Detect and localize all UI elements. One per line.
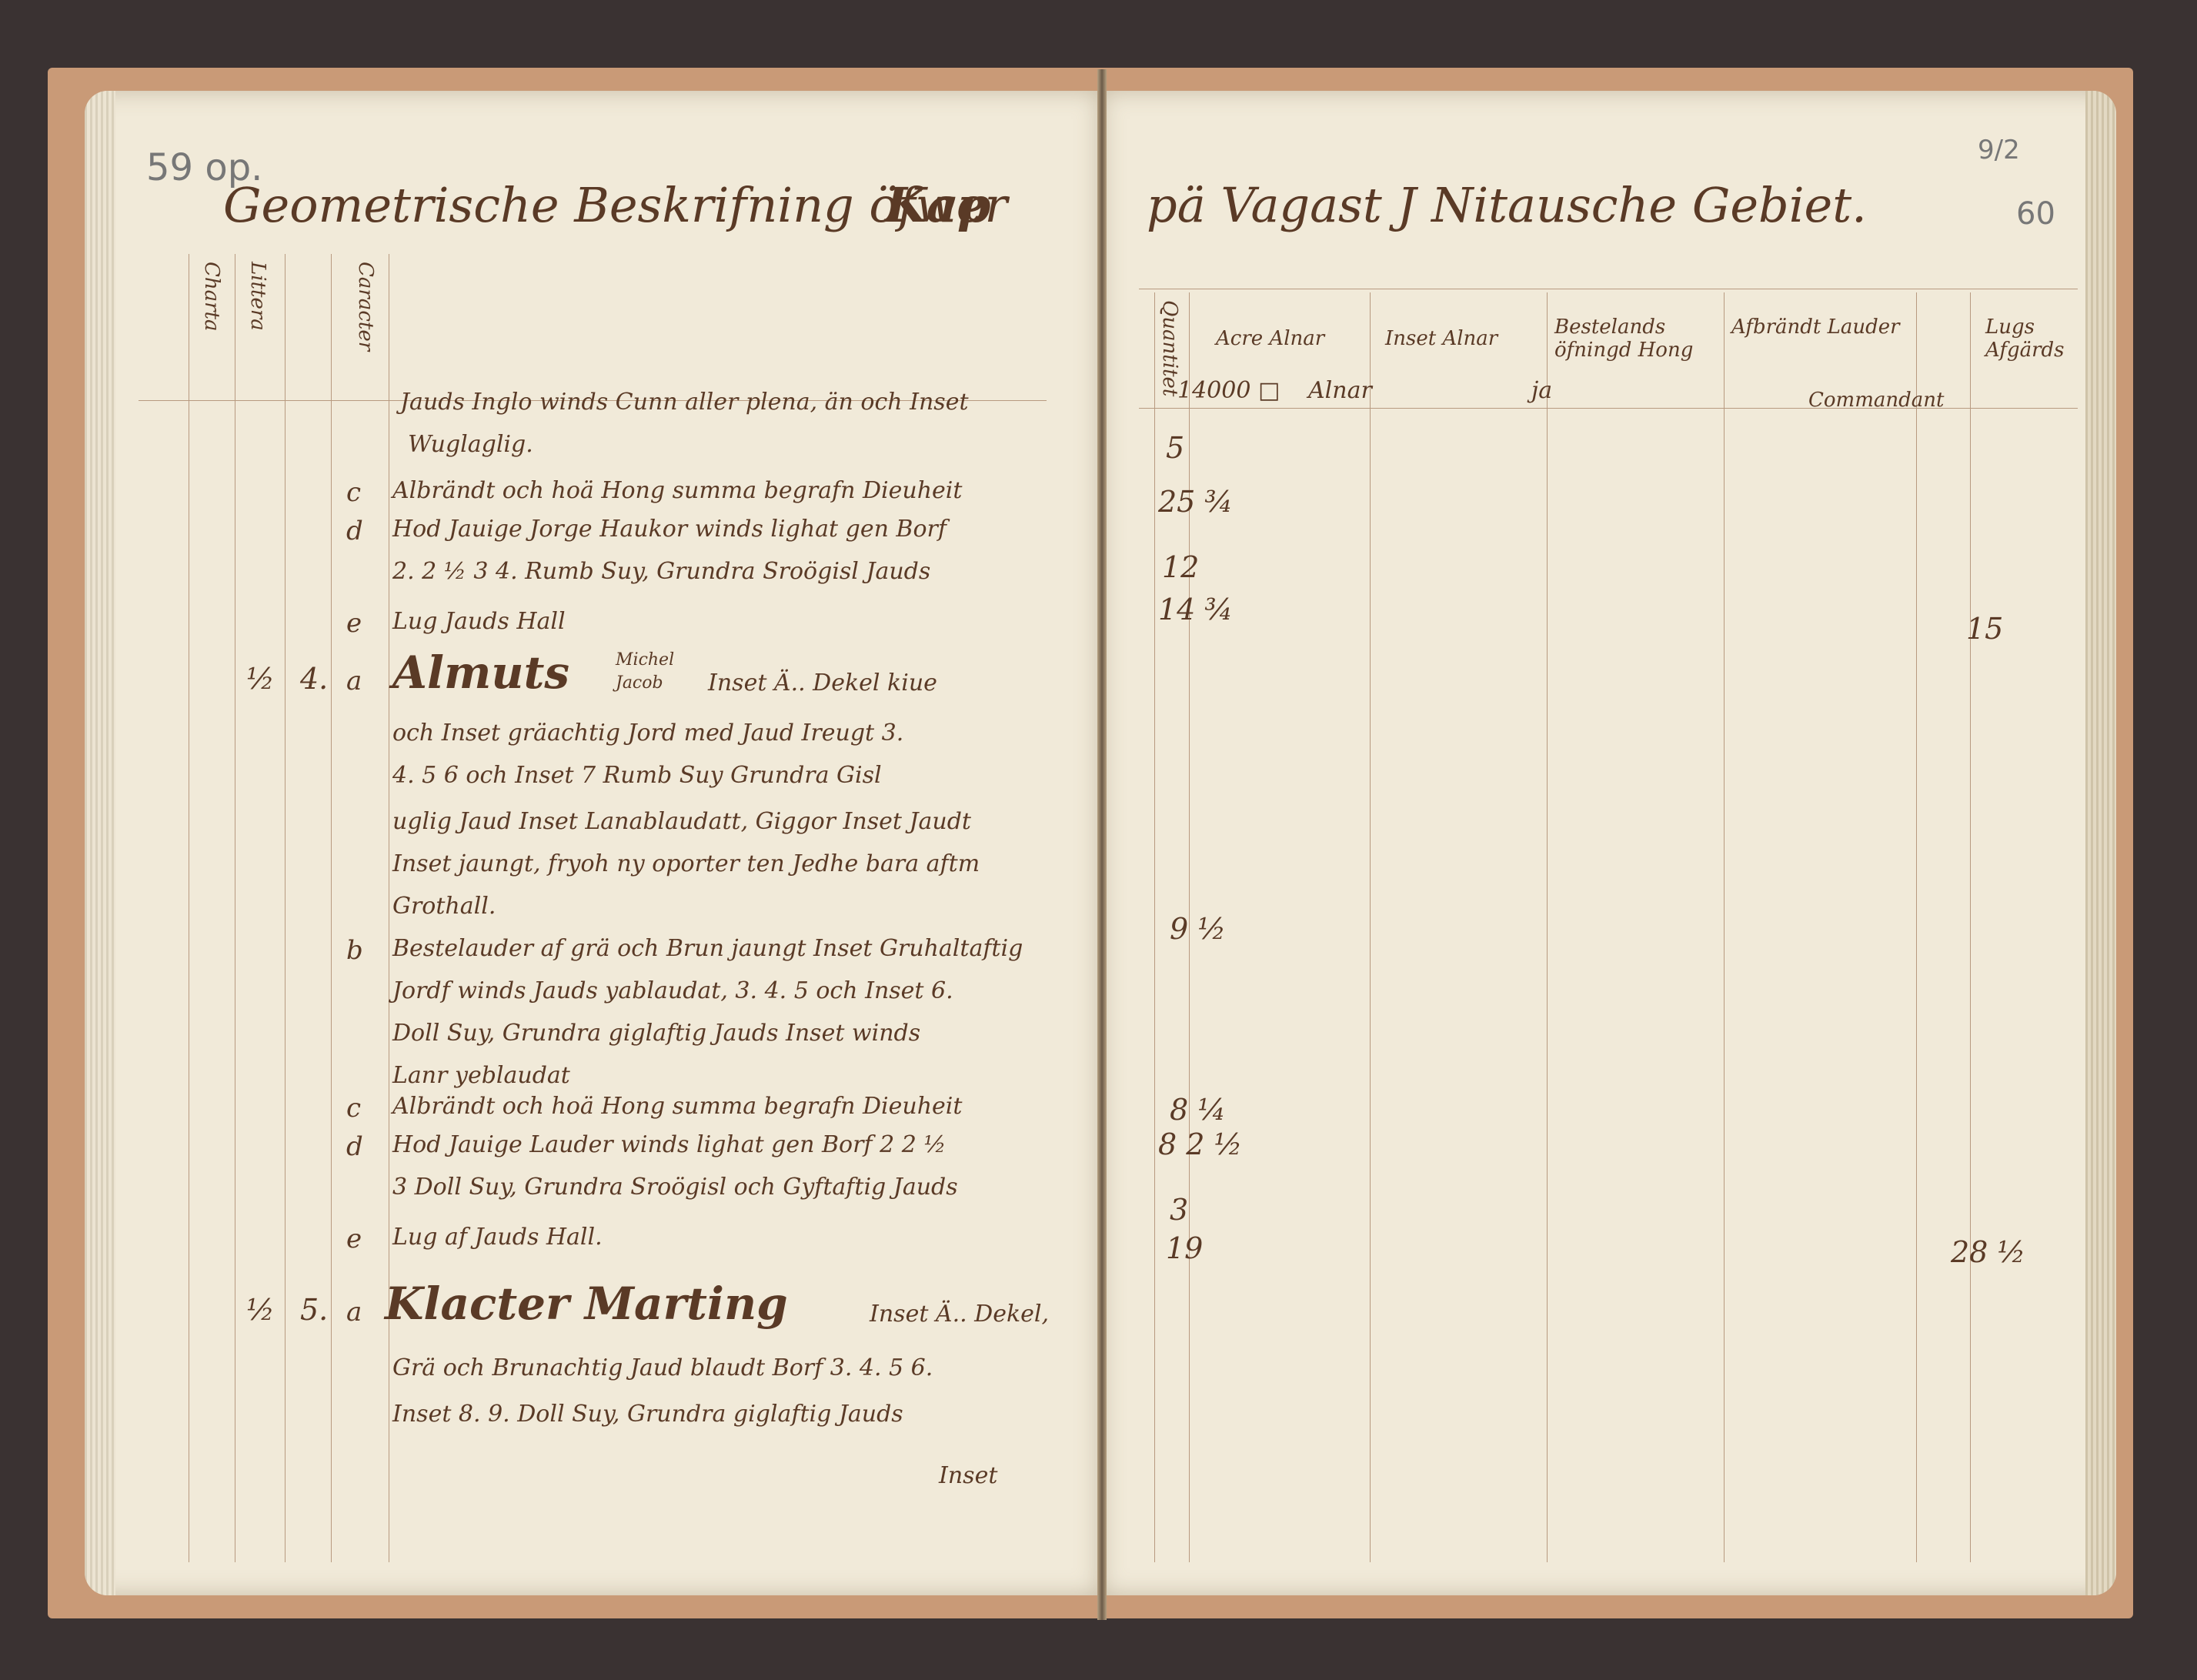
row-text: Inset jaungt, fryoh ny oporter ten Jedhe…: [392, 850, 980, 877]
row-text: och Inset gräachtig Jord med Jaud Ireugt…: [392, 720, 903, 746]
row-text: Inset Ä.. Dekel,: [870, 1301, 1049, 1328]
column-rule: [235, 254, 235, 1562]
row-text: Grä och Brunachtig Jaud blaudt Borf 3. 4…: [392, 1354, 933, 1381]
row-text: Inset Ä.. Dekel kiue: [708, 670, 937, 696]
row-text: 3 Doll Suy, Grundra Sroögisl och Gyftaft…: [392, 1174, 958, 1201]
row-text: Lug af Jauds Hall.: [392, 1224, 603, 1251]
row-text: Albrändt och hoä Hong summa begrafn Dieu…: [392, 477, 962, 504]
row-text: uglig Jaud Inset Lanablaudatt, Giggor In…: [392, 808, 971, 835]
column-rule: [1970, 292, 1971, 1562]
row-letter: c: [346, 477, 361, 508]
far-right-value: 15: [1966, 612, 2003, 646]
column-header-lugs: Lugs Afgärds: [1985, 316, 2078, 362]
page-stack-right-edge: [2085, 91, 2116, 1595]
entry-fraction: ½: [246, 1293, 275, 1327]
column-rule: [189, 254, 189, 1562]
row-letter: e: [346, 608, 362, 639]
pencil-folio-right-bottom: 60: [2016, 196, 2055, 232]
quantity-value: 12: [1162, 550, 1199, 584]
column-header-inset: Inset Alnar: [1385, 327, 1497, 350]
entry-fraction: ½: [246, 662, 275, 696]
header-area-value: 14000 □: [1177, 377, 1280, 404]
column-rule: [331, 254, 332, 1562]
quantity-value: 9 ½: [1170, 912, 1226, 946]
owner-name: Almuts: [392, 646, 569, 699]
header-rule: [1139, 289, 2078, 289]
row-text: Albrändt och hoä Hong summa begrafn Dieu…: [392, 1093, 962, 1120]
row-letter: d: [346, 516, 363, 546]
column-rule: [285, 254, 285, 1562]
row-text: Hod Jauige Jorge Haukor winds lighat gen…: [392, 516, 947, 543]
quantity-value: 3: [1170, 1193, 1188, 1227]
header-mark: ja: [1531, 377, 1552, 404]
row-letter: e: [346, 1224, 362, 1254]
page-stack-left-edge: [85, 91, 115, 1595]
margin-header-caracter: Caracter: [354, 262, 377, 351]
column-rule: [1370, 292, 1371, 1562]
quantity-value: 8 2 ½: [1158, 1127, 1242, 1161]
book-gutter: [1097, 69, 1107, 1620]
row-text: Grothall.: [392, 893, 496, 920]
row-letter: b: [346, 935, 363, 966]
row-text: 2. 2 ½ 3 4. Rumb Suy, Grundra Sroögisl J…: [392, 558, 930, 585]
row-text: Bestelauder af grä och Brun jaungt Inset…: [392, 935, 1023, 962]
quantity-value: 14 ¾: [1158, 593, 1233, 626]
page-title-right: pä Vagast J Nitausche Gebiet.: [1147, 177, 1867, 233]
row-letter: c: [346, 1093, 361, 1124]
entry-number: 5.: [300, 1293, 328, 1327]
column-rule: [389, 254, 389, 1562]
quantity-value: 8 ¼: [1170, 1093, 1226, 1127]
margin-header-littera: Littera: [246, 262, 269, 331]
quantity-value: 19: [1166, 1231, 1203, 1265]
owner-subname: Jacob: [616, 673, 663, 693]
row-letter: a: [346, 666, 362, 696]
row-text: 4. 5 6 och Inset 7 Rumb Suy Grundra Gisl: [392, 762, 882, 789]
owner-subname: Michel: [616, 650, 674, 670]
entry-number: 4.: [300, 662, 328, 696]
row-text: Lanr yeblaudat: [392, 1062, 570, 1089]
quantity-value: 25 ¾: [1158, 485, 1233, 519]
pencil-folio-right-top: 9/2: [1978, 135, 2020, 165]
row-text: Lug Jauds Hall: [392, 608, 566, 635]
column-rule: [1916, 292, 1917, 1562]
margin-header-charta: Charta: [200, 262, 223, 332]
intro-line-1: Jauds Inglo winds Cunn aller plena, än o…: [400, 389, 969, 416]
column-header-acre: Acre Alnar: [1216, 327, 1324, 350]
owner-name: Klacter Marting: [385, 1278, 788, 1330]
row-text: Doll Suy, Grundra giglaftig Jauds Inset …: [392, 1020, 920, 1047]
column-rule: [1154, 292, 1155, 1562]
column-rule: [1724, 292, 1725, 1562]
column-header-afbrandt: Afbrändt Lauder: [1731, 316, 1901, 339]
header-unit: Alnar: [1308, 377, 1372, 404]
row-text: Inset: [939, 1462, 997, 1489]
row-letter: d: [346, 1131, 363, 1162]
column-rule: [1547, 292, 1548, 1562]
row-text: Inset 8. 9. Doll Suy, Grundra giglaftig …: [392, 1401, 903, 1428]
header-commandant: Commandant: [1808, 389, 1944, 412]
far-right-value: 28 ½: [1951, 1235, 2025, 1269]
row-text: Jordf winds Jauds yablaudat, 3. 4. 5 och…: [392, 977, 953, 1004]
page-title-mid: Kap: [885, 177, 990, 233]
intro-line-2: Wuglaglig.: [408, 431, 533, 458]
row-letter: a: [346, 1297, 362, 1328]
quantity-value: 5: [1166, 431, 1184, 465]
column-header-bestelands: Bestelands öfningd Hong: [1554, 316, 1716, 362]
row-text: Hod Jauige Lauder winds lighat gen Borf …: [392, 1131, 946, 1158]
